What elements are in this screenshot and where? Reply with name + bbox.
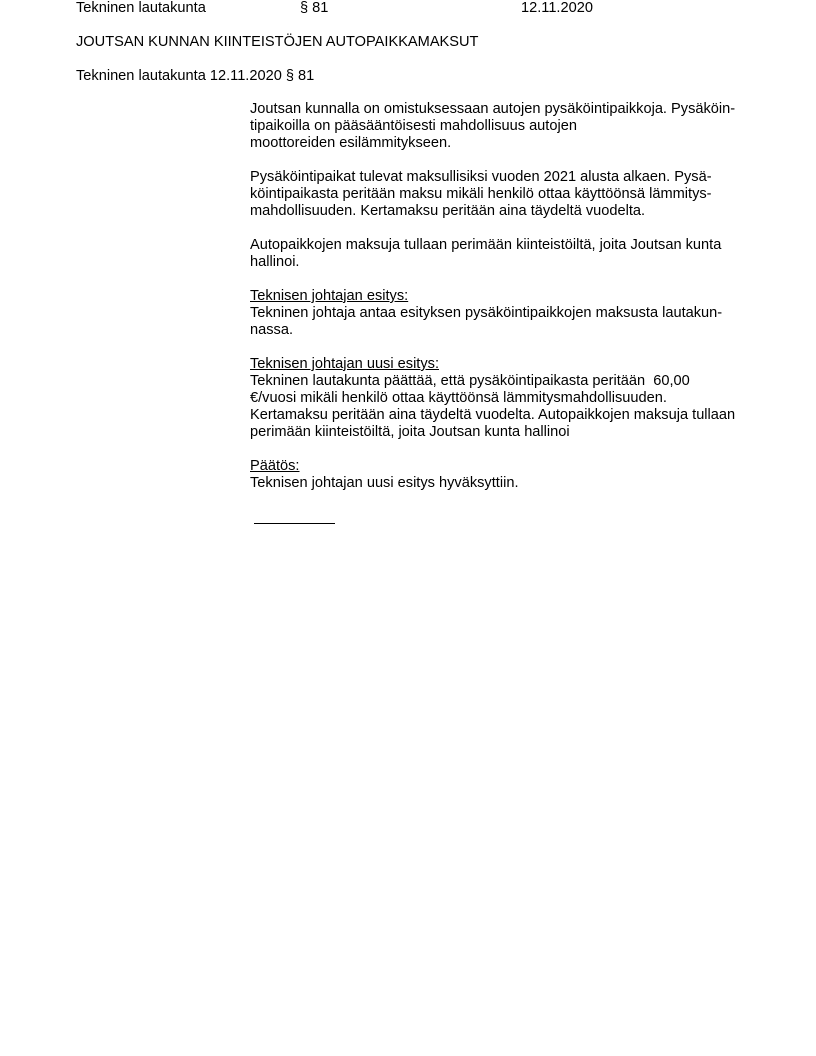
- new-proposal-heading: Teknisen johtajan uusi esitys:: [250, 356, 750, 373]
- header-section: § 81: [300, 0, 328, 17]
- collection-paragraph: Autopaikkojen maksuja tullaan perimään k…: [250, 237, 750, 271]
- text-line: moottoreiden esilämmitykseen.: [250, 135, 750, 152]
- text-line: Joutsan kunnalla on omistuksessaan autoj…: [250, 101, 750, 118]
- document-body: Joutsan kunnalla on omistuksessaan autoj…: [250, 101, 750, 509]
- new-proposal-section: Teknisen johtajan uusi esitys: Tekninen …: [250, 356, 750, 441]
- text-line: köintipaikasta peritään maksu mikäli hen…: [250, 186, 750, 203]
- text-line: hallinoi.: [250, 254, 750, 271]
- proposal-section: Teknisen johtajan esitys: Tekninen johta…: [250, 288, 750, 339]
- text-line: €/vuosi mikäli henkilö ottaa käyttöönsä …: [250, 390, 750, 407]
- header-date: 12.11.2020: [521, 0, 593, 17]
- meeting-reference: Tekninen lautakunta 12.11.2020 § 81: [76, 68, 314, 85]
- text-line: perimään kiinteistöiltä, joita Joutsan k…: [250, 424, 750, 441]
- proposal-heading: Teknisen johtajan esitys:: [250, 288, 750, 305]
- decision-heading: Päätös:: [250, 458, 750, 475]
- text-line: mahdollisuuden. Kertamaksu peritään aina…: [250, 203, 750, 220]
- text-line: Autopaikkojen maksuja tullaan perimään k…: [250, 237, 750, 254]
- header-committee: Tekninen lautakunta: [76, 0, 206, 17]
- text-line: Tekninen johtaja antaa esityksen pysäköi…: [250, 305, 750, 322]
- text-line: nassa.: [250, 322, 750, 339]
- text-line: Kertamaksu peritään aina täydeltä vuodel…: [250, 407, 750, 424]
- closing-rule: [254, 523, 335, 524]
- decision-section: Päätös: Teknisen johtajan uusi esitys hy…: [250, 458, 750, 492]
- text-line: tipaikoilla on pääsääntöisesti mahdollis…: [250, 118, 750, 135]
- text-line: Teknisen johtajan uusi esitys hyväksytti…: [250, 475, 750, 492]
- intro-paragraph: Joutsan kunnalla on omistuksessaan autoj…: [250, 101, 750, 152]
- text-line: Tekninen lautakunta päättää, että pysäkö…: [250, 373, 750, 390]
- fees-paragraph: Pysäköintipaikat tulevat maksullisiksi v…: [250, 169, 750, 220]
- document-title: JOUTSAN KUNNAN KIINTEISTÖJEN AUTOPAIKKAM…: [76, 34, 478, 51]
- text-line: Pysäköintipaikat tulevat maksullisiksi v…: [250, 169, 750, 186]
